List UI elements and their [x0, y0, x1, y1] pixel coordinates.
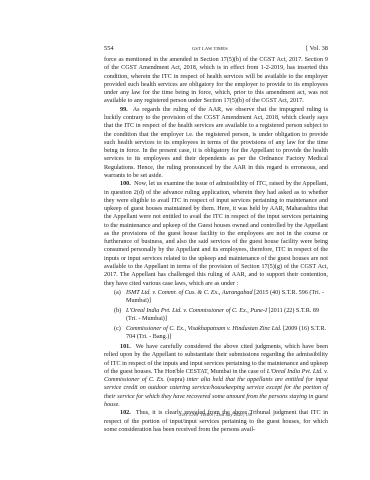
case-list: (a) ISMT Ltd. v. Commr. of Cus. & C. Ex.… [104, 289, 328, 342]
paragraph-99: 99. As regards the ruling of the AAR, we… [104, 106, 328, 181]
case-name: L'Oreal India Pvt. Ltd. v. Commissioner … [126, 308, 267, 314]
paragraph-100: 100. Now, let us examine the issue of ad… [104, 180, 328, 288]
page-number: 554 [104, 45, 114, 52]
case-label: (c) [114, 325, 126, 342]
journal-title: GST LAW TIMES [192, 46, 228, 51]
volume-label: [ Vol. 38 [306, 45, 328, 52]
paragraph-number: 99. [120, 107, 128, 113]
case-label: (b) [114, 307, 126, 324]
case-citation: Commissioner of C. Ex., Visakhapatnam v.… [126, 325, 328, 342]
document-page: 554 GST LAW TIMES [ Vol. 38 force as men… [104, 45, 328, 434]
paragraph-continued: force as mentioned in the amended in Sec… [104, 56, 328, 106]
body-text: force as mentioned in the amended in Sec… [104, 56, 328, 434]
case-item: (a) ISMT Ltd. v. Commr. of Cus. & C. Ex.… [104, 289, 328, 306]
case-name: Commissioner of C. Ex., Visakhapatnam v.… [126, 326, 282, 332]
case-citation: L'Oreal India Pvt. Ltd. v. Commissioner … [126, 307, 328, 324]
case-name: ISMT Ltd. v. Commr. of Cus. & C. Ex., Au… [126, 290, 253, 296]
paragraph-number: 101. [120, 344, 131, 350]
paragraph-text: As regards the ruling of the AAR, we obs… [104, 107, 328, 179]
case-item: (b) L'Oreal India Pvt. Ltd. v. Commissio… [104, 307, 328, 324]
paragraph-101: 101. We have carefully considered the ab… [104, 343, 328, 409]
paragraph-number: 100. [120, 181, 131, 187]
running-footer: GST LAW TIMES | 23rd July 2020 | 158 [104, 412, 328, 417]
paragraph-text: (supra) [165, 377, 187, 383]
paragraph-text: Now, let us examine the issue of admissi… [104, 181, 328, 286]
case-label: (a) [114, 289, 126, 306]
case-citation: ISMT Ltd. v. Commr. of Cus. & C. Ex., Au… [126, 289, 328, 306]
running-header: 554 GST LAW TIMES [ Vol. 38 [104, 45, 328, 54]
case-item: (c) Commissioner of C. Ex., Visakhapatna… [104, 325, 328, 342]
